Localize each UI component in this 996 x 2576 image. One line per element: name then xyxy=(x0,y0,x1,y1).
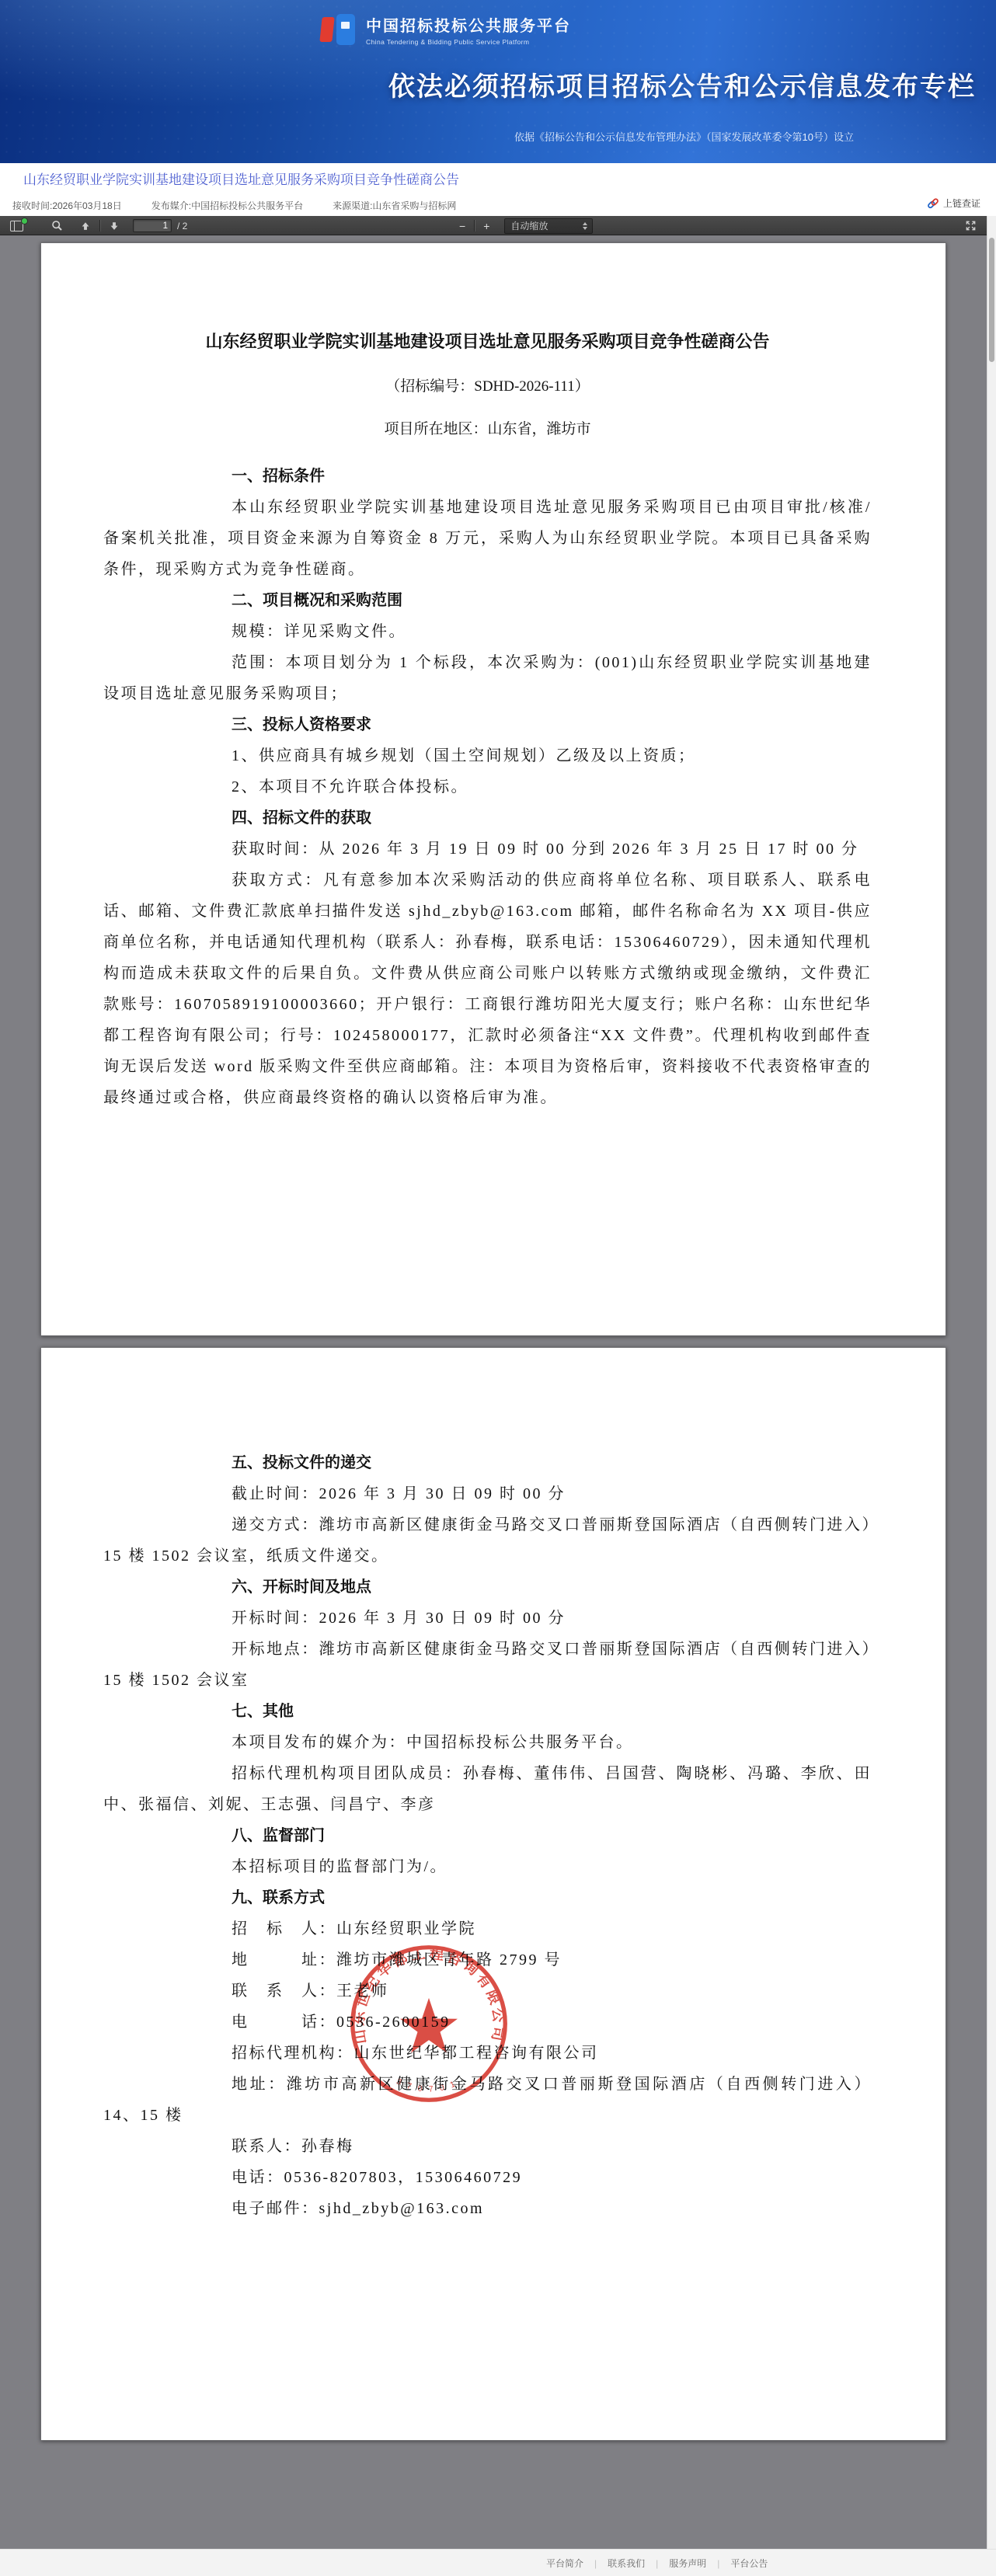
doc-para: 递交方式：潍坊市高新区健康街金马路交叉口普丽斯登国际酒店（自西侧转门进入）15 … xyxy=(103,1509,872,1572)
platform-logo-icon xyxy=(321,12,357,47)
zoom-in-button[interactable]: + xyxy=(478,216,495,235)
footer-links: 平台简介|联系我们|服务声明|平台公告 xyxy=(546,2550,768,2576)
chain-link-icon xyxy=(927,197,939,210)
doc-heading: 八、监督部门 xyxy=(103,1820,872,1851)
meta-item: 来源渠道:山东省采购与招标网 xyxy=(333,199,456,212)
toolbar-zoom-group: − + 自动缩放 xyxy=(454,216,593,235)
doc-para: 1、供应商具有城乡规划（国土空间规划）乙级及以上资质； xyxy=(103,740,872,771)
doc-para: 招标代理机构项目团队成员：孙春梅、董伟伟、吕国营、陶晓彬、冯璐、李欣、田中、张福… xyxy=(103,1758,872,1820)
pdf-page-1: 山东经贸职业学院实训基地建设项目选址意见服务采购项目竞争性磋商公告（招标编号：S… xyxy=(40,242,946,1336)
minus-icon: − xyxy=(459,221,465,231)
doc-para: 电话：0536-8207803，15306460729 xyxy=(103,2162,872,2193)
notification-dot xyxy=(21,218,28,225)
platform-logo: 中国招标投标公共服务平台 China Tendering & Bidding P… xyxy=(321,12,571,47)
footer-link[interactable]: 平台简介 xyxy=(546,2557,583,2570)
footer-separator: | xyxy=(645,2558,669,2569)
doc-heading: 七、其他 xyxy=(103,1696,872,1727)
doc-para: 地址：潍坊市高新区健康街金马路交叉口普丽斯登国际酒店（自西侧转门进入）14、15… xyxy=(103,2069,872,2131)
doc-para: 招标代理机构：山东世纪华都工程咨询有限公司 xyxy=(103,2038,872,2069)
doc-para: 联 系 人：王老师 xyxy=(103,1976,872,2007)
announcement-title: 山东经贸职业学院实训基地建设项目选址意见服务采购项目竞争性磋商公告 xyxy=(23,169,459,188)
toolbar-divider xyxy=(99,220,100,231)
page-number-input[interactable] xyxy=(133,219,172,232)
scrollbar-thumb[interactable] xyxy=(989,238,994,362)
doc-para: 开标地点：潍坊市高新区健康街金马路交叉口普丽斯登国际酒店（自西侧转门进入）15 … xyxy=(103,1634,872,1696)
footer-link[interactable]: 服务声明 xyxy=(669,2557,706,2570)
doc-heading: 一、招标条件 xyxy=(103,461,872,492)
plus-icon: + xyxy=(483,221,489,231)
doc-para: 截止时间：2026 年 3 月 30 日 09 时 00 分 xyxy=(103,1478,872,1509)
footer: 平台简介|联系我们|服务声明|平台公告 xyxy=(0,2549,996,2576)
footer-separator: | xyxy=(706,2558,730,2569)
toolbar-divider xyxy=(474,220,475,231)
doc-para: 电 话：0536-2600159 xyxy=(103,2007,872,2038)
doc-para: 招 标 人：山东经贸职业学院 xyxy=(103,1913,872,1944)
previous-page-button[interactable] xyxy=(75,216,96,235)
doc-para: 范围：本项目划分为 1 个标段，本次采购为：(001)山东经贸职业学院实训基地建… xyxy=(103,647,872,709)
expand-icon xyxy=(965,220,977,231)
banner-title: 依法必须招标项目招标公告和公示信息发布专栏 xyxy=(388,65,976,103)
fullscreen-button[interactable] xyxy=(959,216,982,235)
chain-verify-label: 上链查证 xyxy=(943,197,980,210)
doc-title: 山东经贸职业学院实训基地建设项目选址意见服务采购项目竞争性磋商公告 xyxy=(103,330,872,353)
doc-para: 地 址：潍坊市潍城区青年路 2799 号 xyxy=(103,1944,872,1976)
footer-link[interactable]: 联系我们 xyxy=(608,2557,645,2570)
doc-para: 本招标项目的监督部门为/。 xyxy=(103,1851,872,1882)
doc-center: 项目所在地区：山东省，潍坊市 xyxy=(103,418,872,441)
doc-heading: 九、联系方式 xyxy=(103,1882,872,1913)
next-page-button[interactable] xyxy=(103,216,125,235)
arrow-down-icon xyxy=(109,221,120,231)
sidebar-toggle-button[interactable] xyxy=(5,216,29,235)
doc-para: 联系人：孙春梅 xyxy=(103,2131,872,2162)
doc-para: 规模：详见采购文件。 xyxy=(103,616,872,647)
doc-para: 获取方式：凡有意参加本次采购活动的供应商将单位名称、项目联系人、联系电话、邮箱、… xyxy=(103,865,872,1113)
doc-heading: 三、投标人资格要求 xyxy=(103,709,872,740)
doc-heading: 五、投标文件的递交 xyxy=(103,1447,872,1478)
platform-name-en: China Tendering & Bidding Public Service… xyxy=(366,38,571,46)
doc-para: 本项目发布的媒介为：中国招标投标公共服务平台。 xyxy=(103,1727,872,1758)
toolbar-right-group xyxy=(959,216,982,235)
doc-heading: 四、招标文件的获取 xyxy=(103,802,872,834)
platform-logo-text: 中国招标投标公共服务平台 China Tendering & Bidding P… xyxy=(366,13,571,46)
banner: 中国招标投标公共服务平台 China Tendering & Bidding P… xyxy=(0,0,996,163)
pdf-page-2-content: 五、投标文件的递交截止时间：2026 年 3 月 30 日 09 时 00 分递… xyxy=(103,1447,872,2224)
zoom-mode-select[interactable]: 自动缩放 xyxy=(504,218,593,234)
doc-center: （招标编号：SDHD-2026-111） xyxy=(103,375,872,399)
page-count-label: / 2 xyxy=(177,221,187,231)
search-button[interactable] xyxy=(46,216,68,235)
logo-red-shape xyxy=(319,17,334,42)
page: 中国招标投标公共服务平台 China Tendering & Bidding P… xyxy=(0,0,996,2576)
zoom-mode-label: 自动缩放 xyxy=(510,219,548,232)
search-icon xyxy=(51,220,63,231)
doc-heading: 二、项目概况和采购范围 xyxy=(103,585,872,616)
viewer-scrollbar[interactable] xyxy=(987,216,996,2549)
arrow-up-icon xyxy=(80,221,91,231)
platform-name: 中国招标投标公共服务平台 xyxy=(366,13,571,36)
doc-header: 山东经贸职业学院实训基地建设项目选址意见服务采购项目竞争性磋商公告 接收时间:2… xyxy=(0,163,996,216)
pdf-page-2: 五、投标文件的递交截止时间：2026 年 3 月 30 日 09 时 00 分递… xyxy=(40,1347,946,2441)
logo-blue-shape xyxy=(336,14,355,45)
doc-para: 开标时间：2026 年 3 月 30 日 09 时 00 分 xyxy=(103,1603,872,1634)
doc-para: 电子邮件：sjhd_zbyb@163.com xyxy=(103,2193,872,2224)
footer-link[interactable]: 平台公告 xyxy=(730,2557,768,2570)
chain-verify-button[interactable]: 上链查证 xyxy=(927,197,980,210)
pdf-viewer[interactable]: 山东经贸职业学院实训基地建设项目选址意见服务采购项目竞争性磋商公告（招标编号：S… xyxy=(0,235,996,2549)
doc-para: 本山东经贸职业学院实训基地建设项目选址意见服务采购项目已由项目审批/核准/备案机… xyxy=(103,492,872,585)
doc-meta: 接收时间:2026年03月18日发布媒介:中国招标投标公共服务平台来源渠道:山东… xyxy=(12,199,456,212)
select-spinner-icon xyxy=(583,222,587,230)
zoom-out-button[interactable]: − xyxy=(454,216,471,235)
doc-para: 获取时间：从 2026 年 3 月 19 日 09 时 00 分到 2026 年… xyxy=(103,834,872,865)
doc-heading: 六、开标时间及地点 xyxy=(103,1572,872,1603)
pdf-page-1-content: 山东经贸职业学院实训基地建设项目选址意见服务采购项目竞争性磋商公告（招标编号：S… xyxy=(103,330,872,1113)
footer-separator: | xyxy=(583,2558,608,2569)
meta-item: 发布媒介:中国招标投标公共服务平台 xyxy=(151,199,303,212)
banner-subtitle: 依据《招标公告和公示信息发布管理办法》（国家发展改革委令第10号）设立 xyxy=(514,129,854,144)
doc-para: 2、本项目不允许联合体投标。 xyxy=(103,771,872,802)
meta-item: 接收时间:2026年03月18日 xyxy=(12,199,122,212)
pdf-toolbar: / 2 − + 自动缩放 xyxy=(0,216,996,235)
